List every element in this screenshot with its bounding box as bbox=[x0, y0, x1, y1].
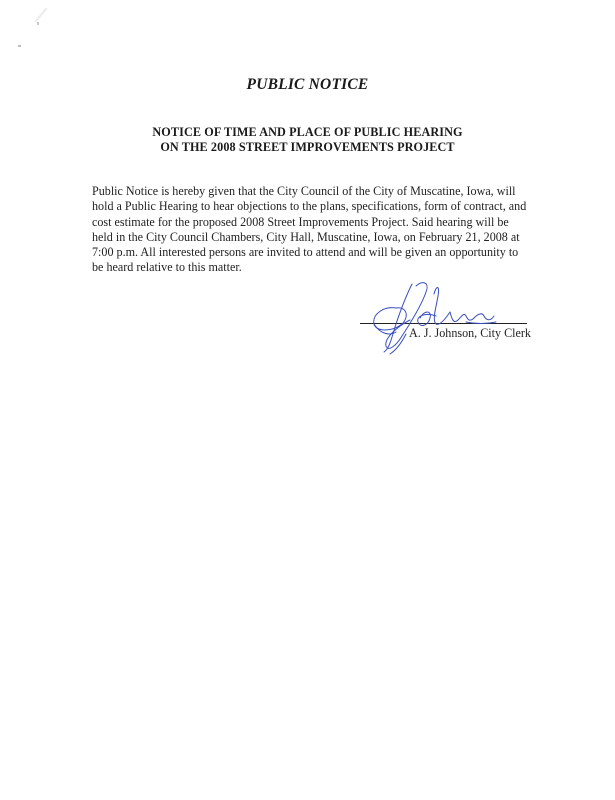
body-line: Public Notice is hereby given that the C… bbox=[92, 184, 532, 199]
body-line: cost estimate for the proposed 2008 Stre… bbox=[92, 215, 532, 230]
scan-artifact bbox=[34, 7, 47, 22]
body-line: be heard relative to this matter. bbox=[92, 260, 532, 275]
body-line: held in the City Council Chambers, City … bbox=[92, 230, 532, 245]
scan-artifact bbox=[18, 45, 21, 47]
notice-body: Public Notice is hereby given that the C… bbox=[92, 184, 532, 276]
document-page: PUBLIC NOTICE NOTICE OF TIME AND PLACE O… bbox=[0, 0, 615, 800]
notice-title: PUBLIC NOTICE bbox=[0, 76, 615, 94]
body-line: 7:00 p.m. All interested persons are inv… bbox=[92, 245, 532, 260]
handwritten-signature bbox=[366, 276, 526, 356]
notice-heading: NOTICE OF TIME AND PLACE OF PUBLIC HEARI… bbox=[0, 125, 615, 155]
notice-heading-line: NOTICE OF TIME AND PLACE OF PUBLIC HEARI… bbox=[0, 125, 615, 140]
scan-artifact bbox=[37, 22, 39, 25]
notice-heading-line: ON THE 2008 STREET IMPROVEMENTS PROJECT bbox=[0, 140, 615, 155]
body-line: hold a Public Hearing to hear objections… bbox=[92, 199, 532, 214]
